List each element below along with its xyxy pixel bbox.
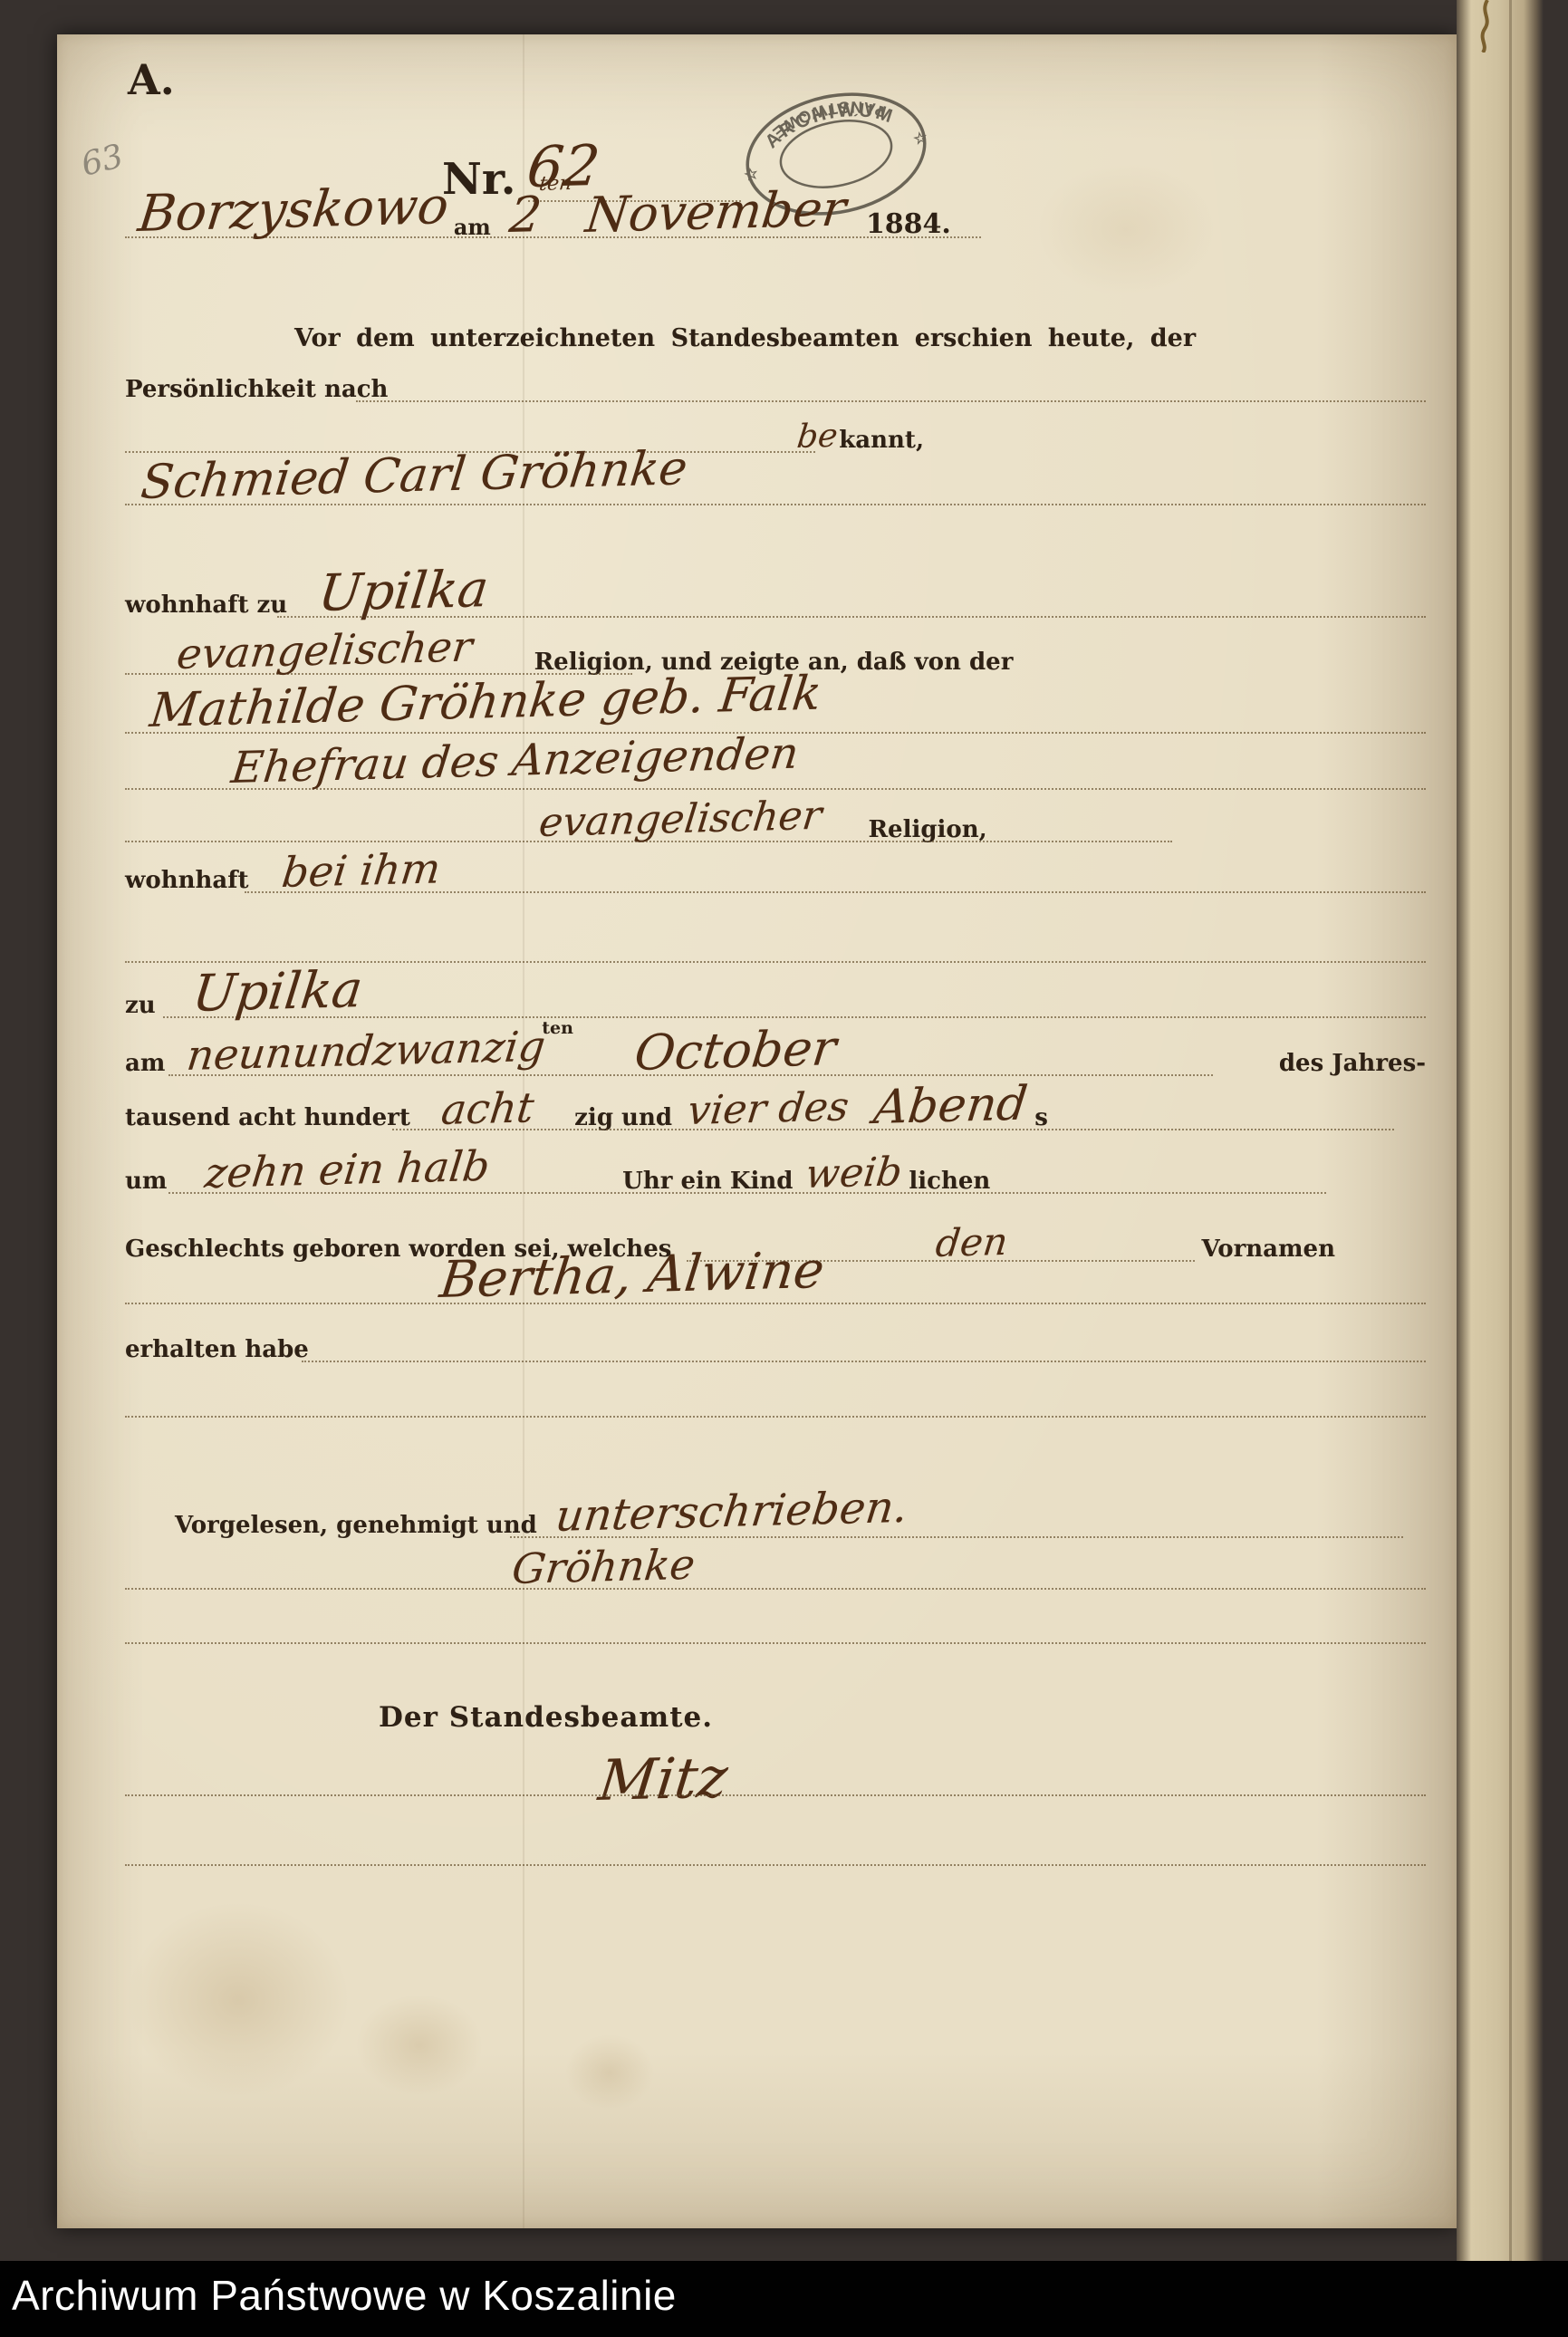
declarant-name-handwriting: Schmied Carl Gröhnke — [139, 447, 689, 505]
gender-handwriting: weib — [803, 1153, 904, 1194]
received-row: erhalten habe — [125, 1321, 1426, 1362]
date-day-suffix: ten — [538, 175, 573, 195]
child-name-row: Bertha, Alwine — [125, 1228, 1426, 1304]
paper-stain — [84, 1864, 392, 2136]
paper-stain — [999, 134, 1253, 324]
dotted-line — [125, 1588, 1426, 1590]
paper-stain — [329, 1973, 510, 2118]
date-line-row: Borzyskowo am 2 ten November 1884. — [125, 140, 981, 238]
declarant-signature-handwriting: Gröhnke — [510, 1545, 697, 1590]
dotted-line — [125, 1642, 1426, 1644]
blank-line-row — [125, 1409, 1426, 1418]
am-label: am — [454, 216, 491, 238]
time-um-label: um — [125, 1169, 167, 1194]
blank-line-row — [125, 1787, 1426, 1796]
date-year-printed: 1884. — [866, 210, 951, 239]
corner-letter-row: A. — [128, 54, 175, 101]
blank-line-row — [125, 1635, 1426, 1644]
registrar-signature-handwriting: Mitz — [596, 1751, 730, 1808]
date-month-handwriting: November — [583, 185, 849, 238]
declarant-row: Schmied Carl Gröhnke — [125, 419, 1426, 505]
intro-line-row: Vor dem unterzeichneten Standesbeamten e… — [294, 311, 1196, 351]
document-page: A. 63 Nr. 62 ARCHIWUM PAŃSTWOWE ☆ ☆ Borz… — [57, 34, 1457, 2228]
blank-line-row — [125, 1857, 1426, 1866]
page-edge-crease — [1509, 0, 1512, 2261]
dotted-line — [125, 1303, 1426, 1304]
intro-line-text: Vor dem unterzeichneten Standesbeamten e… — [294, 326, 1196, 351]
time-row: um zehn ein halb Uhr ein Kind weib liche… — [125, 1121, 1426, 1194]
child-name-handwriting: Bertha, Alwine — [438, 1246, 827, 1304]
pencil-page-number: 63 — [79, 141, 127, 181]
residence2-handwriting: bei ihm — [280, 850, 443, 893]
declarant-signature-row: Gröhnke — [125, 1513, 1426, 1590]
registry-place-handwriting: Borzyskowo — [136, 182, 451, 238]
year-row: tausend acht hundert acht zig und vier d… — [125, 1058, 1426, 1130]
archive-caption: Archiwum Państwowe w Koszalinie — [12, 2271, 677, 2320]
received-label: erhalten habe — [125, 1338, 309, 1362]
date-day-handwriting: 2 — [507, 191, 544, 238]
binding-thread-icon — [1460, 0, 1502, 53]
residence2-row: wohnhaft bei ihm — [125, 815, 1426, 893]
time-uhr-label: Uhr ein Kind — [622, 1169, 793, 1194]
archive-caption-bar: Archiwum Państwowe w Koszalinie — [0, 2261, 1568, 2337]
gender-suffix-label: lichen — [909, 1169, 990, 1194]
dotted-line — [125, 1416, 1426, 1418]
book-page-edge — [1457, 0, 1547, 2261]
residence2-label: wohnhaft — [125, 869, 248, 893]
time-handwriting: zehn ein halb — [203, 1147, 492, 1194]
dotted-line — [302, 1361, 1426, 1362]
pencil-number-row: 63 — [86, 136, 128, 181]
dotted-line — [125, 1864, 1426, 1866]
corner-letter: A. — [128, 58, 175, 101]
dotted-line — [125, 1794, 1426, 1796]
paper-stain — [546, 2018, 673, 2127]
